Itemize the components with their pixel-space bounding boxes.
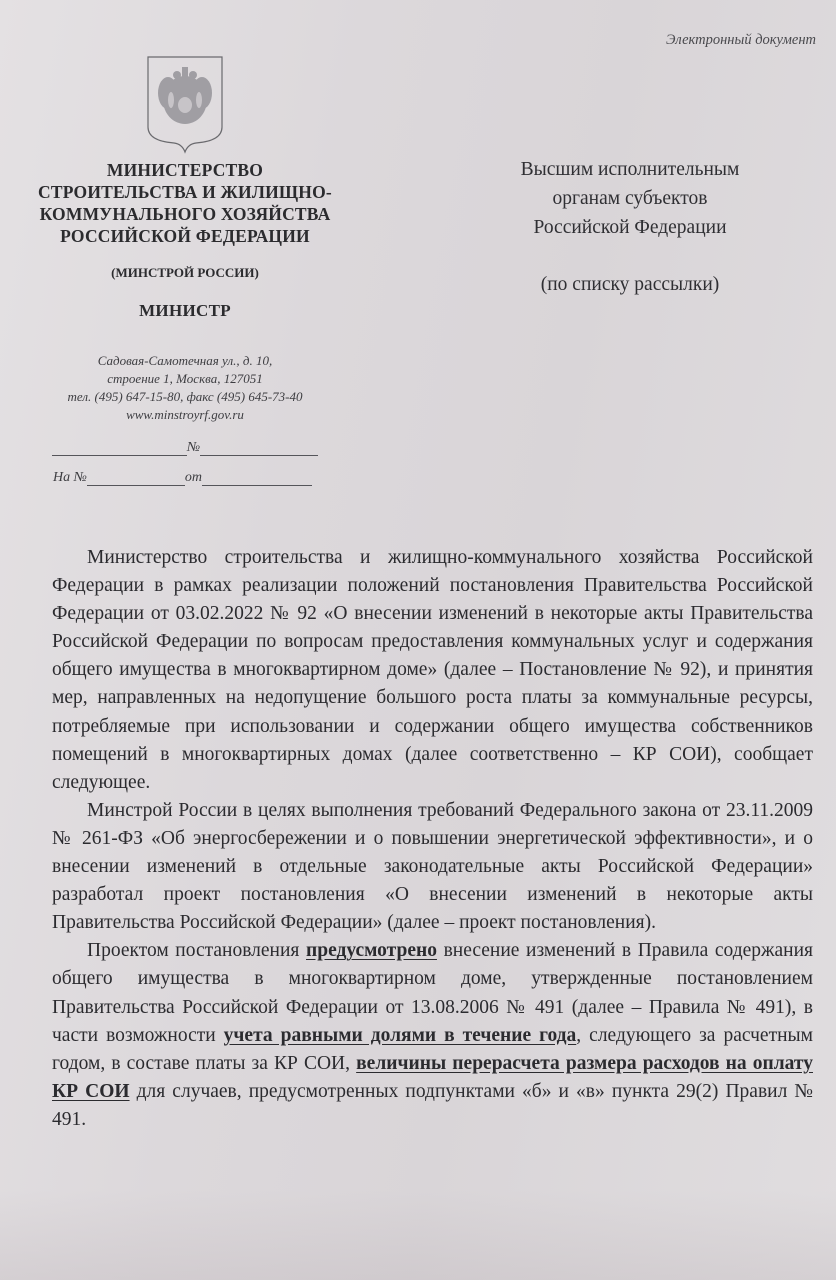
emphasized-text: учета равными долями в течение года [224, 1025, 577, 1046]
date-blank [52, 441, 187, 456]
number-blank [200, 441, 318, 456]
ministry-name: МИНИСТЕРСТВО СТРОИТЕЛЬСТВА И ЖИЛИЩНО- КО… [20, 159, 350, 247]
registration-number-line: № [20, 440, 350, 456]
reply-date-blank [202, 471, 312, 486]
ministry-name-line: СТРОИТЕЛЬСТВА И ЖИЛИЩНО- [20, 181, 350, 203]
addressee-line: Высшим исполнительным [470, 155, 790, 184]
ministry-name-line: РОССИЙСКОЙ ФЕДЕРАЦИИ [20, 225, 350, 247]
mailing-list-note: (по списку рассылки) [470, 270, 790, 299]
body-paragraph: Министерство строительства и жилищно-ком… [52, 544, 813, 797]
addressee-block: Высшим исполнительным органам субъектов … [470, 155, 790, 299]
addressee-line: органам субъектов [470, 184, 790, 213]
number-sign: № [187, 440, 200, 456]
reply-number-blank [87, 471, 185, 486]
body-paragraph: Проектом постановления предусмотрено вне… [52, 937, 813, 1134]
addressee-line: Российской Федерации [470, 213, 790, 242]
russian-coat-of-arms-icon [146, 55, 224, 155]
ministry-name-line: КОММУНАЛЬНОГО ХОЗЯЙСТВА [20, 203, 350, 225]
paragraph-text: для случаев, предусмотренных подпунктами… [52, 1081, 813, 1130]
ministry-address: Садовая-Самотечная ул., д. 10, строение … [20, 352, 350, 424]
ministry-website: www.minstroyrf.gov.ru [20, 406, 350, 424]
address-line: Садовая-Самотечная ул., д. 10, [20, 352, 350, 370]
letter-body: Министерство строительства и жилищно-ком… [52, 544, 813, 1134]
reply-to-label: На № [53, 470, 87, 486]
address-line: строение 1, Москва, 127051 [20, 370, 350, 388]
minister-title: МИНИСТР [20, 301, 350, 321]
contact-phones: тел. (495) 647-15-80, факс (495) 645-73-… [20, 388, 350, 406]
paper-shadow [0, 1190, 836, 1280]
emphasized-text: предусмотрено [306, 940, 437, 961]
ministry-short-name: (МИНСТРОЙ РОССИИ) [20, 265, 350, 281]
body-paragraph: Минстрой России в целях выполнения требо… [52, 797, 813, 937]
reply-reference-line: На № от [20, 470, 350, 486]
letterhead: МИНИСТЕРСТВО СТРОИТЕЛЬСТВА И ЖИЛИЩНО- КО… [20, 55, 350, 486]
electronic-document-stamp: Электронный документ [666, 32, 816, 49]
paragraph-text: Проектом постановления [87, 940, 306, 961]
ministry-name-line: МИНИСТЕРСТВО [20, 159, 350, 181]
from-label: от [185, 470, 202, 486]
